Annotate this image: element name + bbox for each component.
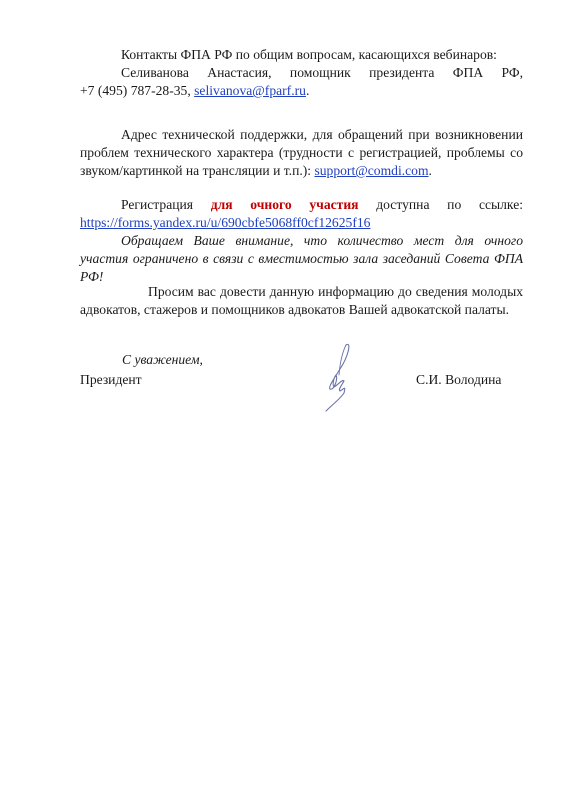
registration-prefix: Регистрация (121, 197, 211, 212)
support-text: Адрес технической поддержки, для обращен… (80, 127, 523, 178)
support-email-suffix: . (429, 163, 432, 178)
support-email-link[interactable]: support@comdi.com (314, 163, 428, 178)
signature-image (312, 335, 372, 415)
signature-name: С.И. Володина (416, 372, 501, 388)
contacts-phone: +7 (495) 787-28-35, (80, 83, 194, 98)
signature-title: Президент (80, 372, 142, 388)
request-paragraph: Просим вас довести данную информацию до … (80, 283, 523, 319)
registration-suffix: доступна по ссылке: (359, 197, 523, 212)
contacts-phone-line: +7 (495) 787-28-35, selivanova@fparf.ru. (80, 82, 523, 100)
document-page: Контакты ФПА РФ по общим вопросам, касаю… (0, 0, 566, 800)
registration-line: Регистрация для очного участия доступна … (80, 196, 523, 214)
contacts-email-link[interactable]: selivanova@fparf.ru (194, 83, 306, 98)
signature-regards: С уважением, (122, 352, 203, 368)
registration-link[interactable]: https://forms.yandex.ru/u/690cbfe5068ff0… (80, 214, 370, 232)
contacts-person: Селиванова Анастасия, помощник президент… (80, 64, 523, 82)
registration-paragraph: Регистрация для очного участия доступна … (80, 196, 523, 286)
contacts-email-suffix: . (306, 83, 309, 98)
registration-highlight: для очного участия (211, 197, 359, 212)
support-paragraph: Адрес технической поддержки, для обращен… (80, 126, 523, 180)
contacts-heading: Контакты ФПА РФ по общим вопросам, касаю… (80, 46, 523, 64)
contacts-paragraph: Контакты ФПА РФ по общим вопросам, касаю… (80, 46, 523, 100)
registration-notice: Обращаем Ваше внимание, что количество м… (80, 232, 523, 286)
